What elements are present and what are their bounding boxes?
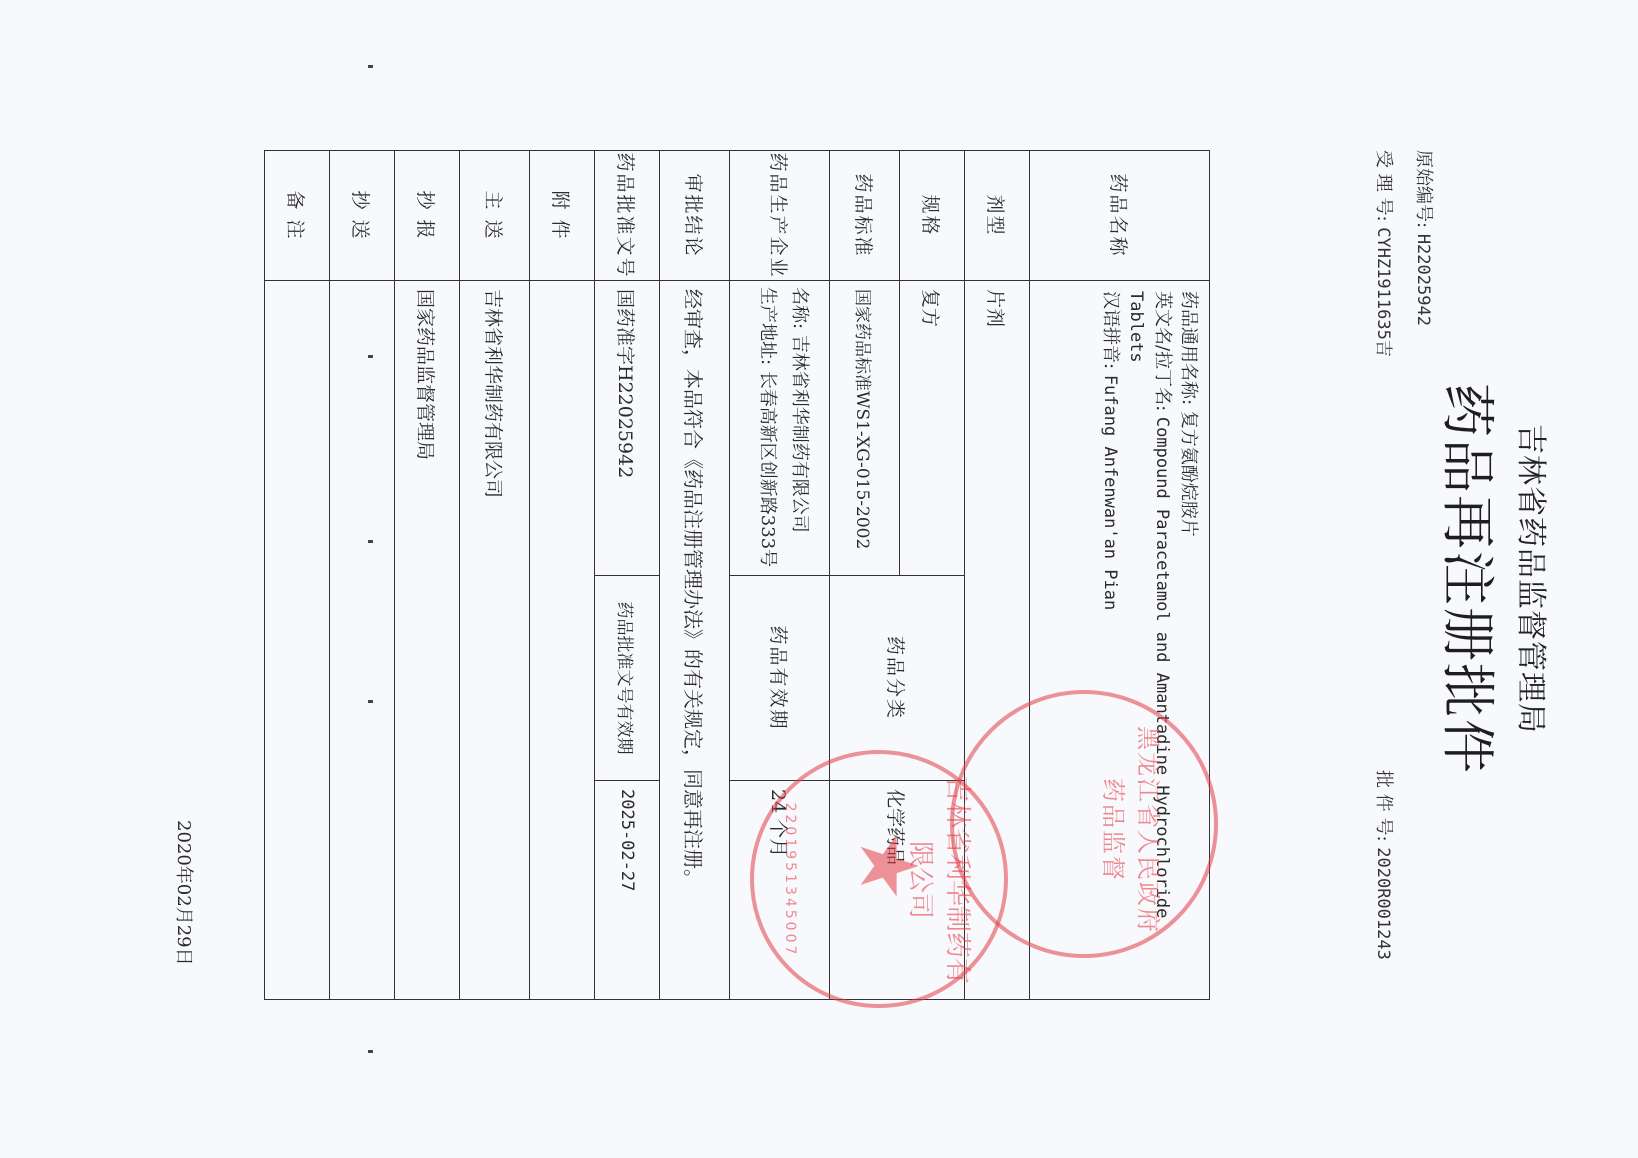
remarks-label: 备 注 <box>264 150 330 281</box>
manufacturer-name: 吉林省利华制药有限公司 <box>789 335 810 533</box>
generic-name-label: 药品通用名称: <box>1178 291 1199 405</box>
acceptance-number: 受 理 号: CYHZ1911635吉 <box>1372 150 1398 357</box>
company-seal-text: 吉林省利华制药有限公司 <box>904 770 978 990</box>
pinyin-label: 汉语拼音: <box>1100 291 1121 369</box>
english-name-label: 英文名/拉丁名: <box>1152 291 1173 411</box>
attachment-label: 附 件 <box>529 150 595 281</box>
report-to-value: 国家药品监督管理局 <box>394 280 460 1000</box>
approval-number-value-cell: 国药准字H22025942 <box>594 280 660 576</box>
shelf-life-label: 药品有效期 <box>729 575 830 781</box>
main-recipient-value: 吉林省利华制药有限公司 <box>459 280 530 1000</box>
dosage-form-label: 剂型 <box>964 150 1030 281</box>
manufacturer-address: 长春高新区创新路333号 <box>757 371 778 567</box>
acceptance-number-value: CYHZ1911635吉 <box>1373 227 1393 357</box>
manufacturer-value: 名称: 吉林省利华制药有限公司 生产地址: 长春高新区创新路333号 <box>729 280 830 576</box>
document-title: 药品再注册批件 <box>1433 0 1510 1158</box>
original-number-value: H22025942 <box>1413 234 1433 326</box>
scan-dot <box>368 1050 373 1053</box>
company-seal-code: 2201951345007 <box>782 780 798 980</box>
approval-number-label-cell: 药品批准文号 <box>594 150 660 281</box>
manufacturer-name-label: 名称: <box>789 287 810 329</box>
pinyin: Fufang Anfenwan'an Pian <box>1100 375 1120 610</box>
attachment-value <box>529 280 595 1000</box>
drug-name-label: 药品名称 <box>1029 150 1210 281</box>
standard-label: 药品标准 <box>829 150 900 281</box>
approval-validity-label: 药品批准文号有效期 <box>594 575 660 781</box>
main-recipient-label: 主 送 <box>459 150 530 281</box>
original-number: 原始编号: H22025942 <box>1412 150 1438 326</box>
scan-dot <box>368 355 373 358</box>
conclusion-value: 经审查，本品符合《药品注册管理办法》的有关规定，同意再注册。 <box>659 280 730 1000</box>
copy-to-value <box>329 280 395 1000</box>
copy-to-label: 抄 送 <box>329 150 395 281</box>
standard-value: 国家药品标准WS1-XG-015-2002 <box>829 280 900 576</box>
approval-number-label: 批 件 号: <box>1373 770 1394 842</box>
authority-seal-text: 黑龙江省人民政府药品监督 <box>1098 720 1168 940</box>
manufacturer-label: 药品生产企业 <box>729 150 830 281</box>
remarks-value <box>264 280 330 1000</box>
manufacturer-name-line: 名称: 吉林省利华制药有限公司 <box>783 287 815 569</box>
approval-document-number: 批 件 号: 2020R001243 <box>1372 770 1398 960</box>
approval-document-page: 吉林省药品监督管理局 药品再注册批件 原始编号: H22025942 受 理 号… <box>0 0 1638 1158</box>
report-to-label: 抄 报 <box>394 150 460 281</box>
acceptance-number-label: 受 理 号: <box>1373 150 1394 222</box>
scan-dot <box>368 65 373 68</box>
generic-name: 复方氨酚烷胺片 <box>1178 411 1199 537</box>
specification-value: 复方 <box>899 280 965 576</box>
approval-validity-value: 2025-02-27 <box>594 780 660 1000</box>
scan-dot <box>368 700 373 703</box>
original-number-label: 原始编号: <box>1413 150 1434 228</box>
issuing-authority: 吉林省药品监督管理局 <box>1512 0 1556 1158</box>
manufacturer-address-line: 生产地址: 长春高新区创新路333号 <box>751 287 783 569</box>
conclusion-label: 审批结论 <box>659 150 730 281</box>
drug-category-label: 药品分类 <box>829 575 965 781</box>
scan-dot <box>368 540 373 543</box>
manufacturer-address-label: 生产地址: <box>757 287 778 365</box>
specification-label: 规格 <box>899 150 965 281</box>
issue-date: 2020年02月29日 <box>172 820 198 966</box>
approval-number-value: 2020R001243 <box>1373 847 1393 960</box>
